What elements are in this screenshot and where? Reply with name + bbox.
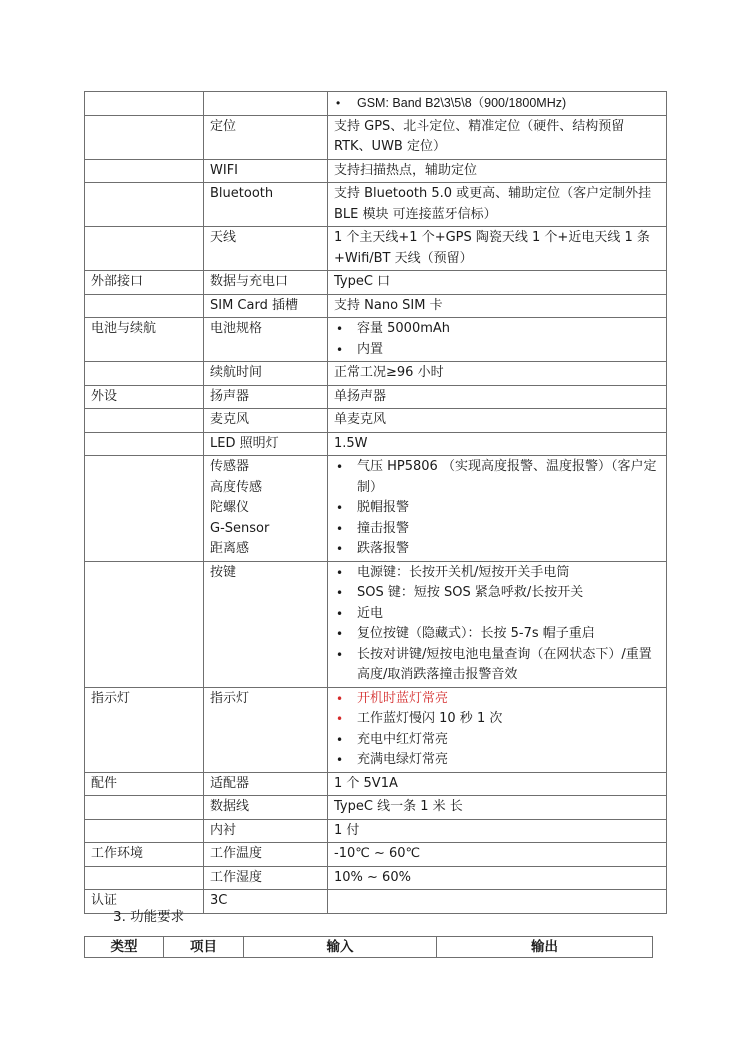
table-row: 定位 支持 GPS、北斗定位、精准定位（硬件、结构预留 RTK、UWB 定位） — [85, 115, 667, 159]
table-header-row: 类型 项目 输入 输出 — [85, 937, 653, 958]
category-cell — [85, 92, 204, 116]
list-item: GSM: Band B2\3\5\8（900/1800MHz) — [357, 96, 566, 110]
list-item-highlighted: •开机时蓝灯常亮 — [334, 689, 661, 710]
value-cell — [328, 890, 667, 914]
list-item: •SOS 键：短按 SOS 紧急呼救/长按开关 — [334, 583, 661, 604]
value-cell: TypeC 线一条 1 米 长 — [328, 796, 667, 820]
value-cell: 支持扫描热点，辅助定位 — [328, 159, 667, 183]
value-cell: 1 付 — [328, 819, 667, 843]
value-cell: 正常工况≥96 小时 — [328, 362, 667, 386]
column-header-input: 输入 — [244, 937, 437, 958]
column-header-output: 输出 — [437, 937, 653, 958]
value-cell: •电源键：长按开关机/短按开关手电筒 •SOS 键：短按 SOS 紧急呼救/长按… — [328, 561, 667, 687]
list-item: •跌落报警 — [334, 539, 661, 560]
table-row: 传感器 高度传感 陀螺仪 G-Sensor 距离感 •气压 HP5806 （实现… — [85, 456, 667, 562]
item-cell: 按键 — [204, 561, 328, 687]
item-line: 陀螺仪 — [210, 498, 322, 519]
item-cell: 数据线 — [204, 796, 328, 820]
item-cell: 电池规格 — [204, 318, 328, 362]
item-cell: 数据与充电口 — [204, 271, 328, 295]
table-row: 配件 适配器 1 个 5V1A — [85, 772, 667, 796]
bullet-icon: • — [336, 319, 343, 340]
item-cell: WIFI — [204, 159, 328, 183]
list-item: •电源键：长按开关机/短按开关手电筒 — [334, 563, 661, 584]
table-row: 外部接口 数据与充电口 TypeC 口 — [85, 271, 667, 295]
list-item: •脱帽报警 — [334, 498, 661, 519]
list-item: •气压 HP5806 （实现高度报警、温度报警）（客户定制） — [334, 457, 661, 498]
category-cell: 外部接口 — [85, 271, 204, 295]
table-row: 电池与续航 电池规格 •容量 5000mAh •内置 — [85, 318, 667, 362]
table-row: 天线 1 个主天线+1 个+GPS 陶瓷天线 1 个+近电天线 1 条+Wifi… — [85, 227, 667, 271]
list-item: •内置 — [334, 340, 661, 361]
value-cell: •容量 5000mAh •内置 — [328, 318, 667, 362]
value-cell: TypeC 口 — [328, 271, 667, 295]
table-row: 麦克风 单麦克风 — [85, 409, 667, 433]
bullet-icon: • — [336, 583, 343, 604]
category-cell: 外设 — [85, 385, 204, 409]
table-row: 指示灯 指示灯 •开机时蓝灯常亮 •工作蓝灯慢闪 10 秒 1 次 •充电中红灯… — [85, 687, 667, 772]
category-cell — [85, 866, 204, 890]
bullet-icon: • — [336, 750, 343, 771]
category-cell — [85, 819, 204, 843]
category-cell — [85, 227, 204, 271]
column-header-item: 项目 — [164, 937, 244, 958]
value-cell: 1 个 5V1A — [328, 772, 667, 796]
value-cell: 单麦克风 — [328, 409, 667, 433]
item-cell: 工作湿度 — [204, 866, 328, 890]
value-cell: 1 个主天线+1 个+GPS 陶瓷天线 1 个+近电天线 1 条+Wifi/BT… — [328, 227, 667, 271]
item-cell: 扬声器 — [204, 385, 328, 409]
table-row: •GSM: Band B2\3\5\8（900/1800MHz) — [85, 92, 667, 116]
function-requirements-table: 类型 项目 输入 输出 — [84, 936, 653, 958]
bullet-icon: • — [336, 624, 343, 645]
item-cell: 内衬 — [204, 819, 328, 843]
item-line: 高度传感 — [210, 478, 322, 499]
list-item: •充电中红灯常亮 — [334, 730, 661, 751]
category-cell — [85, 159, 204, 183]
table-row: 工作环境 工作温度 -10℃ ~ 60℃ — [85, 843, 667, 867]
category-cell — [85, 561, 204, 687]
value-cell: •开机时蓝灯常亮 •工作蓝灯慢闪 10 秒 1 次 •充电中红灯常亮 •充满电绿… — [328, 687, 667, 772]
category-cell — [85, 115, 204, 159]
list-item: •近电 — [334, 604, 661, 625]
item-cell: 适配器 — [204, 772, 328, 796]
category-cell — [85, 294, 204, 318]
category-cell — [85, 183, 204, 227]
list-item: •长按对讲键/短按电池电量查询（在网状态下）/重置高度/取消跌落撞击报警音效 — [334, 645, 661, 686]
item-cell: 麦克风 — [204, 409, 328, 433]
bullet-icon: • — [336, 457, 343, 478]
value-cell: •GSM: Band B2\3\5\8（900/1800MHz) — [328, 92, 667, 116]
bullet-icon: • — [336, 604, 343, 625]
bullet-icon: • — [336, 539, 343, 560]
table-row: 续航时间 正常工况≥96 小时 — [85, 362, 667, 386]
category-cell: 电池与续航 — [85, 318, 204, 362]
category-cell: 工作环境 — [85, 843, 204, 867]
item-cell: 定位 — [204, 115, 328, 159]
table-row: LED 照明灯 1.5W — [85, 432, 667, 456]
category-cell: 指示灯 — [85, 687, 204, 772]
table-row: SIM Card 插槽 支持 Nano SIM 卡 — [85, 294, 667, 318]
bullet-icon: • — [336, 563, 343, 584]
bullet-icon: • — [336, 645, 343, 666]
bullet-icon: • — [336, 519, 343, 540]
bullet-icon: • — [336, 730, 343, 751]
bullet-icon: • — [336, 709, 343, 730]
value-cell: •气压 HP5806 （实现高度报警、温度报警）（客户定制） •脱帽报警 •撞击… — [328, 456, 667, 562]
item-cell: LED 照明灯 — [204, 432, 328, 456]
spec-table: •GSM: Band B2\3\5\8（900/1800MHz) 定位 支持 G… — [84, 91, 667, 914]
item-cell: Bluetooth — [204, 183, 328, 227]
item-line: G-Sensor — [210, 519, 322, 540]
list-item: •容量 5000mAh — [334, 319, 661, 340]
value-cell: 支持 Nano SIM 卡 — [328, 294, 667, 318]
table-row: WIFI 支持扫描热点，辅助定位 — [85, 159, 667, 183]
list-item: •复位按键（隐藏式）：长按 5-7s 帽子重启 — [334, 624, 661, 645]
item-cell — [204, 92, 328, 116]
item-line: 传感器 — [210, 457, 322, 478]
table-row: 外设 扬声器 单扬声器 — [85, 385, 667, 409]
category-cell — [85, 432, 204, 456]
table-row: 按键 •电源键：长按开关机/短按开关手电筒 •SOS 键：短按 SOS 紧急呼救… — [85, 561, 667, 687]
item-cell: 天线 — [204, 227, 328, 271]
value-cell: 10% ~ 60% — [328, 866, 667, 890]
bullet-icon: • — [336, 93, 340, 114]
value-cell: 单扬声器 — [328, 385, 667, 409]
table-row: 数据线 TypeC 线一条 1 米 长 — [85, 796, 667, 820]
table-row: Bluetooth 支持 Bluetooth 5.0 或更高、辅助定位（客户定制… — [85, 183, 667, 227]
item-line: 距离感 — [210, 539, 322, 560]
bullet-icon: • — [336, 498, 343, 519]
value-cell: -10℃ ~ 60℃ — [328, 843, 667, 867]
list-item: •撞击报警 — [334, 519, 661, 540]
column-header-type: 类型 — [85, 937, 164, 958]
item-cell: SIM Card 插槽 — [204, 294, 328, 318]
category-cell — [85, 796, 204, 820]
list-item: •工作蓝灯慢闪 10 秒 1 次 — [334, 709, 661, 730]
bullet-icon: • — [336, 689, 343, 710]
value-cell: 支持 GPS、北斗定位、精准定位（硬件、结构预留 RTK、UWB 定位） — [328, 115, 667, 159]
table-row: 内衬 1 付 — [85, 819, 667, 843]
item-cell: 3C — [204, 890, 328, 914]
value-cell: 支持 Bluetooth 5.0 或更高、辅助定位（客户定制外挂 BLE 模块 … — [328, 183, 667, 227]
item-cell: 工作温度 — [204, 843, 328, 867]
bullet-icon: • — [336, 340, 343, 361]
value-cell: 1.5W — [328, 432, 667, 456]
section-heading: 3. 功能要求 — [113, 905, 184, 925]
category-cell — [85, 409, 204, 433]
list-item: •充满电绿灯常亮 — [334, 750, 661, 771]
category-cell: 配件 — [85, 772, 204, 796]
table-row: 工作湿度 10% ~ 60% — [85, 866, 667, 890]
item-cell: 指示灯 — [204, 687, 328, 772]
category-cell — [85, 456, 204, 562]
item-cell: 传感器 高度传感 陀螺仪 G-Sensor 距离感 — [204, 456, 328, 562]
category-cell — [85, 362, 204, 386]
item-cell: 续航时间 — [204, 362, 328, 386]
